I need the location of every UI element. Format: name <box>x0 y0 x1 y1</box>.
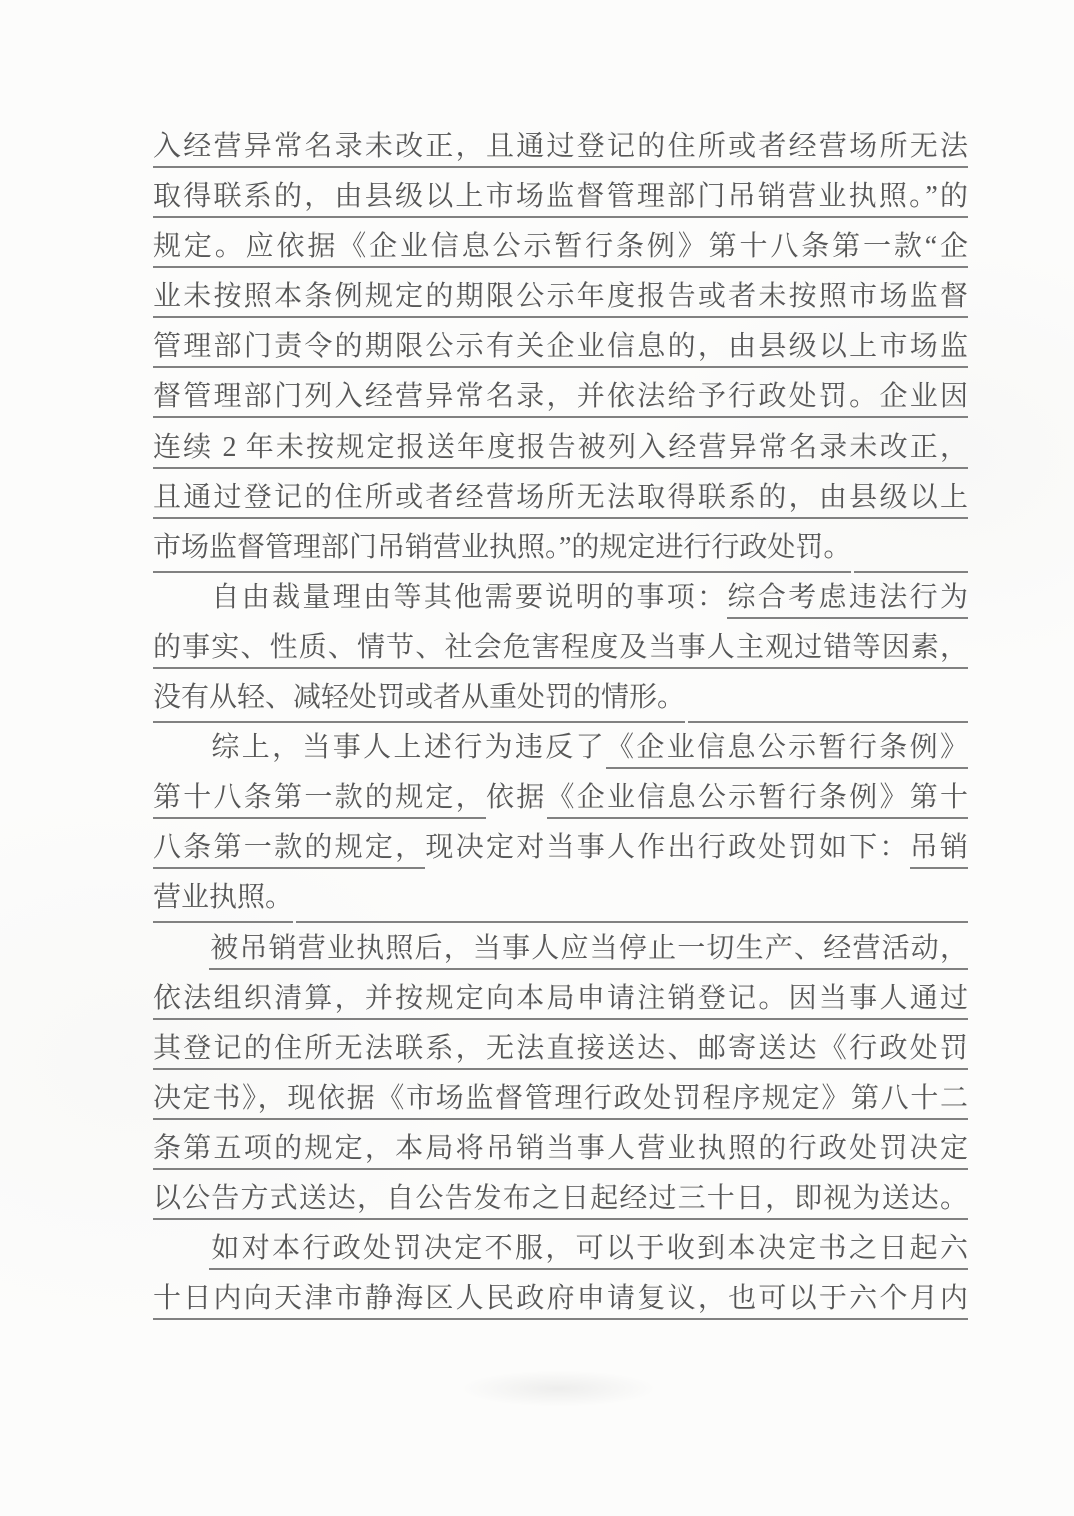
underlined-text-segment: 管理部门责令的期限公示有关企业信息的，由县级以上市场监 <box>153 331 968 368</box>
underlined-text-segment: 《企业信息公示暂行条例》 <box>606 732 968 769</box>
paragraph-indent <box>153 1256 209 1257</box>
text-line: 十日内向天津市静海区人民政府申请复议，也可以于六个月内 <box>153 1280 968 1330</box>
underlined-text-segment: 《企业信息公示暂行条例》第十 <box>547 782 968 819</box>
text-line: 且通过登记的住所或者经营场所无法取得联系的，由县级以上 <box>153 479 968 529</box>
text-line: 市场监督管理部门吊销营业执照。”的规定进行行政处罚。 <box>153 529 968 579</box>
underlined-text-segment: 综合考虑违法行为 <box>727 582 968 619</box>
underlined-text-segment: 条第五项的规定，本局将吊销当事人营业执照的行政处罚决定 <box>153 1133 968 1170</box>
underlined-text-segment: 营业执照。 <box>153 879 293 923</box>
text-segment: 依据 <box>486 782 547 817</box>
text-line: 第十八条第一款的规定，依据《企业信息公示暂行条例》第十 <box>153 779 968 829</box>
underlined-text-segment: 其登记的住所无法联系，无法直接送达、邮寄送达《行政处罚 <box>153 1033 968 1070</box>
text-line: 以公告方式送达，自公告发布之日起经过三十日，即视为送达。 <box>153 1180 968 1230</box>
text-line: 如对本行政处罚决定不服，可以于收到本决定书之日起六 <box>153 1230 968 1280</box>
underlined-text-segment: 督管理部门列入经营异常名录，并依法给予行政处罚。企业因 <box>153 381 968 418</box>
underlined-text-segment: 吊销 <box>910 832 968 869</box>
underlined-text-segment: 业未按照本条例规定的期限公示年度报告或者未按照市场监督 <box>153 281 968 318</box>
text-line: 依法组织清算，并按规定向本局申请注销登记。因当事人通过 <box>153 980 968 1030</box>
text-segment: 综上，当事人上述行为违反了 <box>209 732 606 767</box>
text-line: 管理部门责令的期限公示有关企业信息的，由县级以上市场监 <box>153 328 968 378</box>
underlined-text-segment: 决定书》，现依据《市场监督管理行政处罚程序规定》第八十二 <box>153 1083 968 1120</box>
underline-filler <box>688 679 968 723</box>
text-line: 连续 2 年未按规定报送年度报告被列入经营异常名录未改正， <box>153 429 968 479</box>
underlined-text-segment: 八条第一款的规定， <box>153 832 425 869</box>
text-line: 的事实、性质、情节、社会危害程度及当事人主观过错等因素， <box>153 629 968 679</box>
text-line: 其登记的住所无法联系，无法直接送达、邮寄送达《行政处罚 <box>153 1030 968 1080</box>
underlined-text-segment: 十日内向天津市静海区人民政府申请复议，也可以于六个月内 <box>153 1283 968 1320</box>
text-line: 条第五项的规定，本局将吊销当事人营业执照的行政处罚决定 <box>153 1130 968 1180</box>
underlined-text-segment: 以公告方式送达，自公告发布之日起经过三十日，即视为送达。 <box>153 1183 968 1220</box>
paragraph-indent <box>153 605 209 606</box>
text-line: 八条第一款的规定，现决定对当事人作出行政处罚如下：吊销 <box>153 829 968 879</box>
text-segment: 现决定对当事人作出行政处罚如下： <box>425 832 909 867</box>
underlined-text-segment: 的事实、性质、情节、社会危害程度及当事人主观过错等因素， <box>153 632 968 669</box>
underlined-text-segment: 连续 2 年未按规定报送年度报告被列入经营异常名录未改正， <box>153 432 968 469</box>
text-line: 自由裁量理由等其他需要说明的事项：综合考虑违法行为 <box>153 579 968 629</box>
text-line: 营业执照。 <box>153 879 968 929</box>
underlined-text-segment: 规定。应依据《企业信息公示暂行条例》第十八条第一款“企 <box>153 231 968 268</box>
underlined-text-segment: 如对本行政处罚决定不服，可以于收到本决定书之日起六 <box>209 1233 968 1270</box>
text-line: 规定。应依据《企业信息公示暂行条例》第十八条第一款“企 <box>153 228 968 278</box>
paragraph-indent <box>153 956 209 957</box>
text-segment: 自由裁量理由等其他需要说明的事项： <box>209 582 727 617</box>
underlined-text-segment: 没有从轻、减轻处罚或者从重处罚的情形。 <box>153 679 685 723</box>
text-line: 被吊销营业执照后，当事人应当停止一切生产、经营活动， <box>153 930 968 980</box>
underlined-text-segment: 被吊销营业执照后，当事人应当停止一切生产、经营活动， <box>209 933 968 970</box>
text-line: 综上，当事人上述行为违反了《企业信息公示暂行条例》 <box>153 729 968 779</box>
underline-filler <box>296 879 968 923</box>
underlined-text-segment: 依法组织清算，并按规定向本局申请注销登记。因当事人通过 <box>153 983 968 1020</box>
underlined-text-segment: 入经营异常名录未改正，且通过登记的住所或者经营场所无法 <box>153 131 968 168</box>
text-line: 没有从轻、减轻处罚或者从重处罚的情形。 <box>153 679 968 729</box>
underlined-text-segment: 市场监督管理部门吊销营业执照。”的规定进行行政处罚。 <box>153 529 851 573</box>
text-line: 入经营异常名录未改正，且通过登记的住所或者经营场所无法 <box>153 128 968 178</box>
text-line: 取得联系的，由县级以上市场监督管理部门吊销营业执照。”的 <box>153 178 968 228</box>
document-text-block: 入经营异常名录未改正，且通过登记的住所或者经营场所无法取得联系的，由县级以上市场… <box>153 128 968 1330</box>
underline-filler <box>854 529 968 573</box>
text-line: 决定书》，现依据《市场监督管理行政处罚程序规定》第八十二 <box>153 1080 968 1130</box>
scanned-document-page: 入经营异常名录未改正，且通过登记的住所或者经营场所无法取得联系的，由县级以上市场… <box>0 0 1074 1516</box>
text-line: 业未按照本条例规定的期限公示年度报告或者未按照市场监督 <box>153 278 968 328</box>
underlined-text-segment: 取得联系的，由县级以上市场监督管理部门吊销营业执照。”的 <box>153 181 968 218</box>
paragraph-indent <box>153 755 209 756</box>
underlined-text-segment: 第十八条第一款的规定， <box>153 782 486 819</box>
text-line: 督管理部门列入经营异常名录，并依法给予行政处罚。企业因 <box>153 378 968 428</box>
underlined-text-segment: 且通过登记的住所或者经营场所无法取得联系的，由县级以上 <box>153 482 968 519</box>
